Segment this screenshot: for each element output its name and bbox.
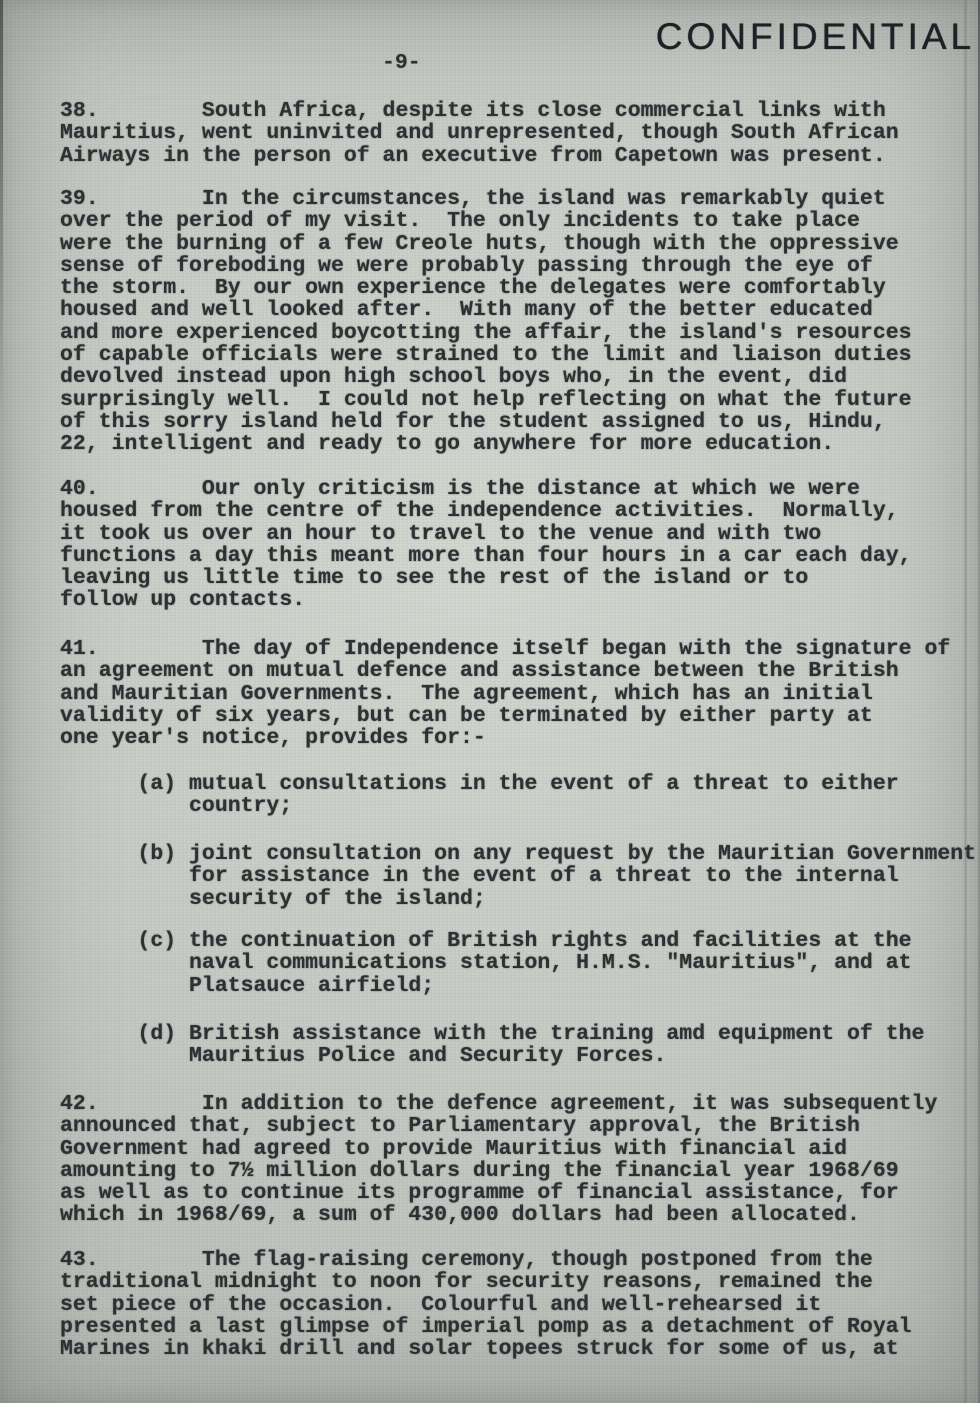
text-line: for assistance in the event of a threat … xyxy=(60,865,980,887)
page-number: -9- xyxy=(382,51,421,75)
paragraph-43: 43. The flag-raising ceremony, though po… xyxy=(60,1249,980,1360)
text-line: country; xyxy=(60,795,980,817)
text-line: of this sorry island held for the studen… xyxy=(60,411,980,433)
text-line: security of the island; xyxy=(60,888,980,910)
text-line: as well as to continue its programme of … xyxy=(60,1182,980,1204)
list-item-c: (c) the continuation of British rights a… xyxy=(60,930,980,997)
text-line: 39. In the circumstances, the island was… xyxy=(60,188,980,210)
text-line: validity of six years, but can be termin… xyxy=(60,705,980,727)
list-item-b: (b) joint consultation on any request by… xyxy=(60,843,980,910)
text-line: Marines in khaki drill and solar topees … xyxy=(60,1338,980,1360)
text-line: Platsauce airfield; xyxy=(60,975,980,997)
text-line: one year's notice, provides for:- xyxy=(60,727,980,749)
text-line: housed from the centre of the independen… xyxy=(60,500,980,522)
paragraph-40: 40. Our only criticism is the distance a… xyxy=(60,478,980,612)
text-line: an agreement on mutual defence and assis… xyxy=(60,660,980,682)
text-line: (c) the continuation of British rights a… xyxy=(60,930,980,952)
text-line: traditional midnight to noon for securit… xyxy=(60,1271,980,1293)
text-line: sense of foreboding we were probably pas… xyxy=(60,255,980,277)
text-line: were the burning of a few Creole huts, t… xyxy=(60,233,980,255)
text-line: Mauritius, went uninvited and unrepresen… xyxy=(60,122,980,144)
text-line: over the period of my visit. The only in… xyxy=(60,210,980,232)
paragraph-38: 38. South Africa, despite its close comm… xyxy=(60,100,980,167)
text-line: it took us over an hour to travel to the… xyxy=(60,523,980,545)
text-line: (a) mutual consultations in the event of… xyxy=(60,773,980,795)
text-line: 40. Our only criticism is the distance a… xyxy=(60,478,980,500)
paragraph-41: 41. The day of Independence itself began… xyxy=(60,638,980,749)
text-line: devolved instead upon high school boys w… xyxy=(60,366,980,388)
text-line: follow up contacts. xyxy=(60,589,980,611)
text-line: presented a last glimpse of imperial pom… xyxy=(60,1316,980,1338)
text-line: amounting to 7½ million dollars during t… xyxy=(60,1160,980,1182)
text-line: functions a day this meant more than fou… xyxy=(60,545,980,567)
text-line: which in 1968/69, a sum of 430,000 dolla… xyxy=(60,1204,980,1226)
text-line: 38. South Africa, despite its close comm… xyxy=(60,100,980,122)
text-line: (d) British assistance with the training… xyxy=(60,1023,980,1045)
text-line: and more experienced boycotting the affa… xyxy=(60,322,980,344)
text-line: the storm. By our own experience the del… xyxy=(60,277,980,299)
text-line: (b) joint consultation on any request by… xyxy=(60,843,980,865)
text-line: 42. In addition to the defence agreement… xyxy=(60,1093,980,1115)
text-line: housed and well looked after. With many … xyxy=(60,299,980,321)
list-item-a: (a) mutual consultations in the event of… xyxy=(60,773,980,818)
text-line: 22, intelligent and ready to go anywhere… xyxy=(60,433,980,455)
text-line: of capable officials were strained to th… xyxy=(60,344,980,366)
text-line: announced that, subject to Parliamentary… xyxy=(60,1115,980,1137)
text-line: Mauritius Police and Security Forces. xyxy=(60,1045,980,1067)
text-line: set piece of the occasion. Colourful and… xyxy=(60,1294,980,1316)
text-line: Airways in the person of an executive fr… xyxy=(60,145,980,167)
text-line: 41. The day of Independence itself began… xyxy=(60,638,980,660)
text-line: and Mauritian Governments. The agreement… xyxy=(60,683,980,705)
paragraph-39: 39. In the circumstances, the island was… xyxy=(60,188,980,456)
confidential-stamp: CONFIDENTIAL xyxy=(656,16,975,58)
text-line: 43. The flag-raising ceremony, though po… xyxy=(60,1249,980,1271)
text-line: leaving us little time to see the rest o… xyxy=(60,567,980,589)
text-line: surprisingly well. I could not help refl… xyxy=(60,389,980,411)
text-line: naval communications station, H.M.S. "Ma… xyxy=(60,952,980,974)
paragraph-42: 42. In addition to the defence agreement… xyxy=(60,1093,980,1227)
text-line: Government had agreed to provide Mauriti… xyxy=(60,1138,980,1160)
list-item-d: (d) British assistance with the training… xyxy=(60,1023,980,1068)
